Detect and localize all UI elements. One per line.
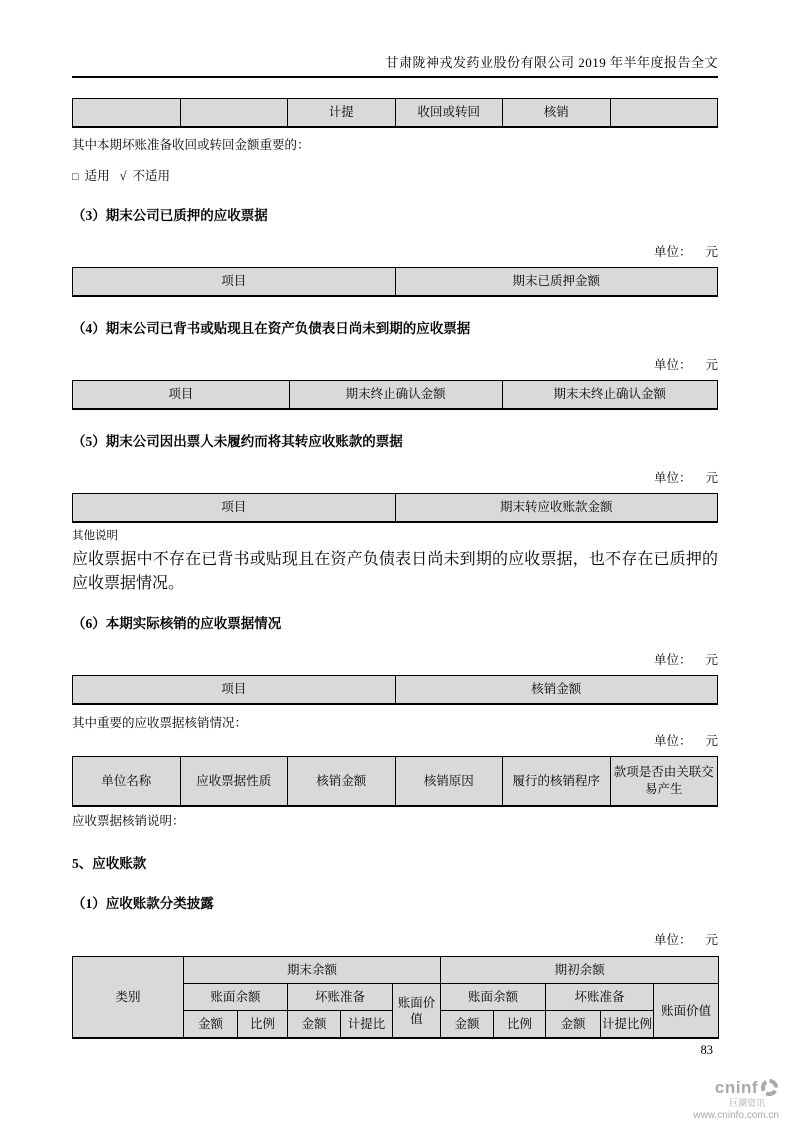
column-header-note-nature: 应收票据性质 (180, 757, 288, 807)
cninfo-logo: cninf 巨潮资讯 www.cninfo.com.cn (693, 1078, 779, 1121)
column-header-writeoff-procedure: 履行的核销程序 (503, 757, 611, 807)
unit-label: 单位： (654, 471, 692, 485)
check-mark-icon: √ (120, 169, 127, 183)
classification-subheading: （1）应收账款分类披露 (72, 895, 718, 913)
column-header-item: 项目 (73, 381, 290, 410)
column-header-item: 项目 (73, 676, 396, 705)
column-header-entity-name: 单位名称 (73, 757, 181, 807)
recovery-important-note: 其中本期坏账准备收回或转回金额重要的： (72, 138, 718, 153)
report-page: 甘肃陇神戎发药业股份有限公司 2019 年半年度报告全文 计提 收回或转回 核销… (0, 0, 793, 1122)
applicability-line: □适用√不适用 (72, 166, 718, 184)
applicable-label: 适用 (85, 169, 110, 183)
ar-classification-table: 类别 期末余额 期初余额 账面余额 坏账准备 账面价值 账面余额 坏账准备 账面… (72, 956, 719, 1039)
column-header-ratio: 比例 (238, 1011, 288, 1039)
document-title: 甘肃陇神戎发药业股份有限公司 2019 年半年度报告全文 (385, 55, 718, 70)
unit-line: 单位：元 (72, 471, 718, 486)
writeoff-detail-table: 单位名称 应收票据性质 核销金额 核销原因 履行的核销程序 款项是否由关联交易产… (72, 756, 718, 807)
column-header-provision-ratio: 计提比例 (601, 1011, 654, 1039)
column-header-ratio: 比例 (494, 1011, 546, 1039)
unit-value: 元 (705, 653, 718, 668)
table-cell-empty (610, 99, 718, 128)
table-header-row: 项目 期末已质押金额 (73, 268, 718, 297)
group-header-closing-balance: 期末余额 (184, 957, 441, 984)
column-header-writeoff: 核销 (503, 99, 611, 128)
page-content: 甘肃陇神戎发药业股份有限公司 2019 年半年度报告全文 计提 收回或转回 核销… (72, 0, 718, 1039)
unit-value: 元 (705, 245, 718, 260)
document-header: 甘肃陇神戎发药业股份有限公司 2019 年半年度报告全文 (72, 0, 718, 78)
column-header-writeoff-amount: 核销金额 (288, 757, 396, 807)
subgroup-header-book-balance: 账面余额 (441, 984, 546, 1011)
column-header-amount: 金额 (546, 1011, 601, 1039)
column-header-related-transaction: 款项是否由关联交易产生 (610, 757, 718, 807)
other-note-paragraph: 应收票据中不存在已背书或贴现且在资产负债表日尚未到期的应收票据，也不存在已质押的… (72, 548, 718, 596)
section6-heading: （6）本期实际核销的应收票据情况 (72, 615, 718, 633)
column-header-amount: 金额 (288, 1011, 341, 1039)
table-header-row: 项目 期末转应收账款金额 (73, 494, 718, 523)
column-header-recovery-reversal: 收回或转回 (395, 99, 503, 128)
cninfo-url: www.cninfo.com.cn (693, 1111, 779, 1121)
endorsed-discounted-notes-table: 项目 期末终止确认金额 期末未终止确认金额 (72, 380, 718, 410)
table-header-row: 类别 期末余额 期初余额 (73, 957, 719, 984)
page-number: 83 (701, 1043, 714, 1058)
subgroup-header-bad-debt-provision: 坏账准备 (546, 984, 654, 1011)
not-applicable-label: 不适用 (133, 169, 171, 183)
unit-line: 单位：元 (72, 358, 718, 373)
subgroup-header-book-balance: 账面余额 (184, 984, 288, 1011)
column-header-provision-ratio: 计提比 (341, 1011, 393, 1039)
unit-label: 单位： (654, 653, 692, 667)
unit-label: 单位： (654, 734, 692, 748)
table-header-row: 单位名称 应收票据性质 核销金额 核销原因 履行的核销程序 款项是否由关联交易产… (73, 757, 718, 807)
cninfo-logo-row: cninf (693, 1078, 779, 1097)
writeoff-notes-table: 项目 核销金额 (72, 675, 718, 705)
subgroup-header-bad-debt-provision: 坏账准备 (288, 984, 393, 1011)
bad-debt-provision-continuation-table: 计提 收回或转回 核销 (72, 98, 718, 128)
section4-heading: （4）期末公司已背书或贴现且在资产负债表日尚未到期的应收票据 (72, 320, 718, 338)
column-header-pledged-amount: 期末已质押金额 (395, 268, 718, 297)
column-header-not-derecognized-amount: 期末未终止确认金额 (502, 381, 717, 410)
unit-value: 元 (705, 358, 718, 373)
cninfo-brand-text: cninf (715, 1079, 758, 1096)
cninfo-swirl-icon (760, 1078, 779, 1097)
table-header-row: 计提 收回或转回 核销 (73, 99, 718, 128)
cninfo-subtitle: 巨潮资讯 (693, 1099, 779, 1108)
unit-value: 元 (705, 734, 718, 749)
unit-label: 单位： (654, 245, 692, 259)
important-writeoff-note: 其中重要的应收票据核销情况： (72, 716, 718, 731)
table-cell-empty (73, 99, 181, 128)
column-header-book-value: 账面价值 (393, 984, 441, 1039)
column-header-amount: 金额 (184, 1011, 238, 1039)
table-header-row: 项目 核销金额 (73, 676, 718, 705)
other-note-label: 其他说明 (72, 529, 718, 543)
unit-line: 单位：元 (72, 653, 718, 668)
pledged-notes-table: 项目 期末已质押金额 (72, 267, 718, 297)
table-cell-empty (180, 99, 288, 128)
column-header-book-value: 账面价值 (654, 984, 719, 1039)
writeoff-explanation-label: 应收票据核销说明： (72, 814, 718, 829)
unit-line: 单位：元 (72, 734, 718, 749)
unit-line: 单位：元 (72, 245, 718, 260)
unit-line: 单位：元 (72, 933, 718, 948)
column-header-item: 项目 (73, 268, 396, 297)
unit-label: 单位： (654, 933, 692, 947)
unit-label: 单位： (654, 358, 692, 372)
column-header-derecognized-amount: 期末终止确认金额 (289, 381, 502, 410)
column-header-amount: 金额 (441, 1011, 494, 1039)
table-header-row: 项目 期末终止确认金额 期末未终止确认金额 (73, 381, 718, 410)
section3-heading: （3）期末公司已质押的应收票据 (72, 207, 718, 225)
column-header-writeoff-reason: 核销原因 (395, 757, 503, 807)
column-header-category: 类别 (73, 957, 184, 1039)
column-header-item: 项目 (73, 494, 396, 523)
checkbox-unchecked-icon: □ (72, 171, 79, 183)
column-header-writeoff-amount: 核销金额 (395, 676, 718, 705)
column-header-transferred-amount: 期末转应收账款金额 (395, 494, 718, 523)
group-header-opening-balance: 期初余额 (441, 957, 719, 984)
unit-value: 元 (705, 471, 718, 486)
section5-heading: （5）期末公司因出票人未履约而将其转应收账款的票据 (72, 433, 718, 451)
unit-value: 元 (705, 933, 718, 948)
accounts-receivable-heading: 5、应收账款 (72, 855, 718, 873)
transferred-notes-table: 项目 期末转应收账款金额 (72, 493, 718, 523)
column-header-accrual: 计提 (288, 99, 396, 128)
